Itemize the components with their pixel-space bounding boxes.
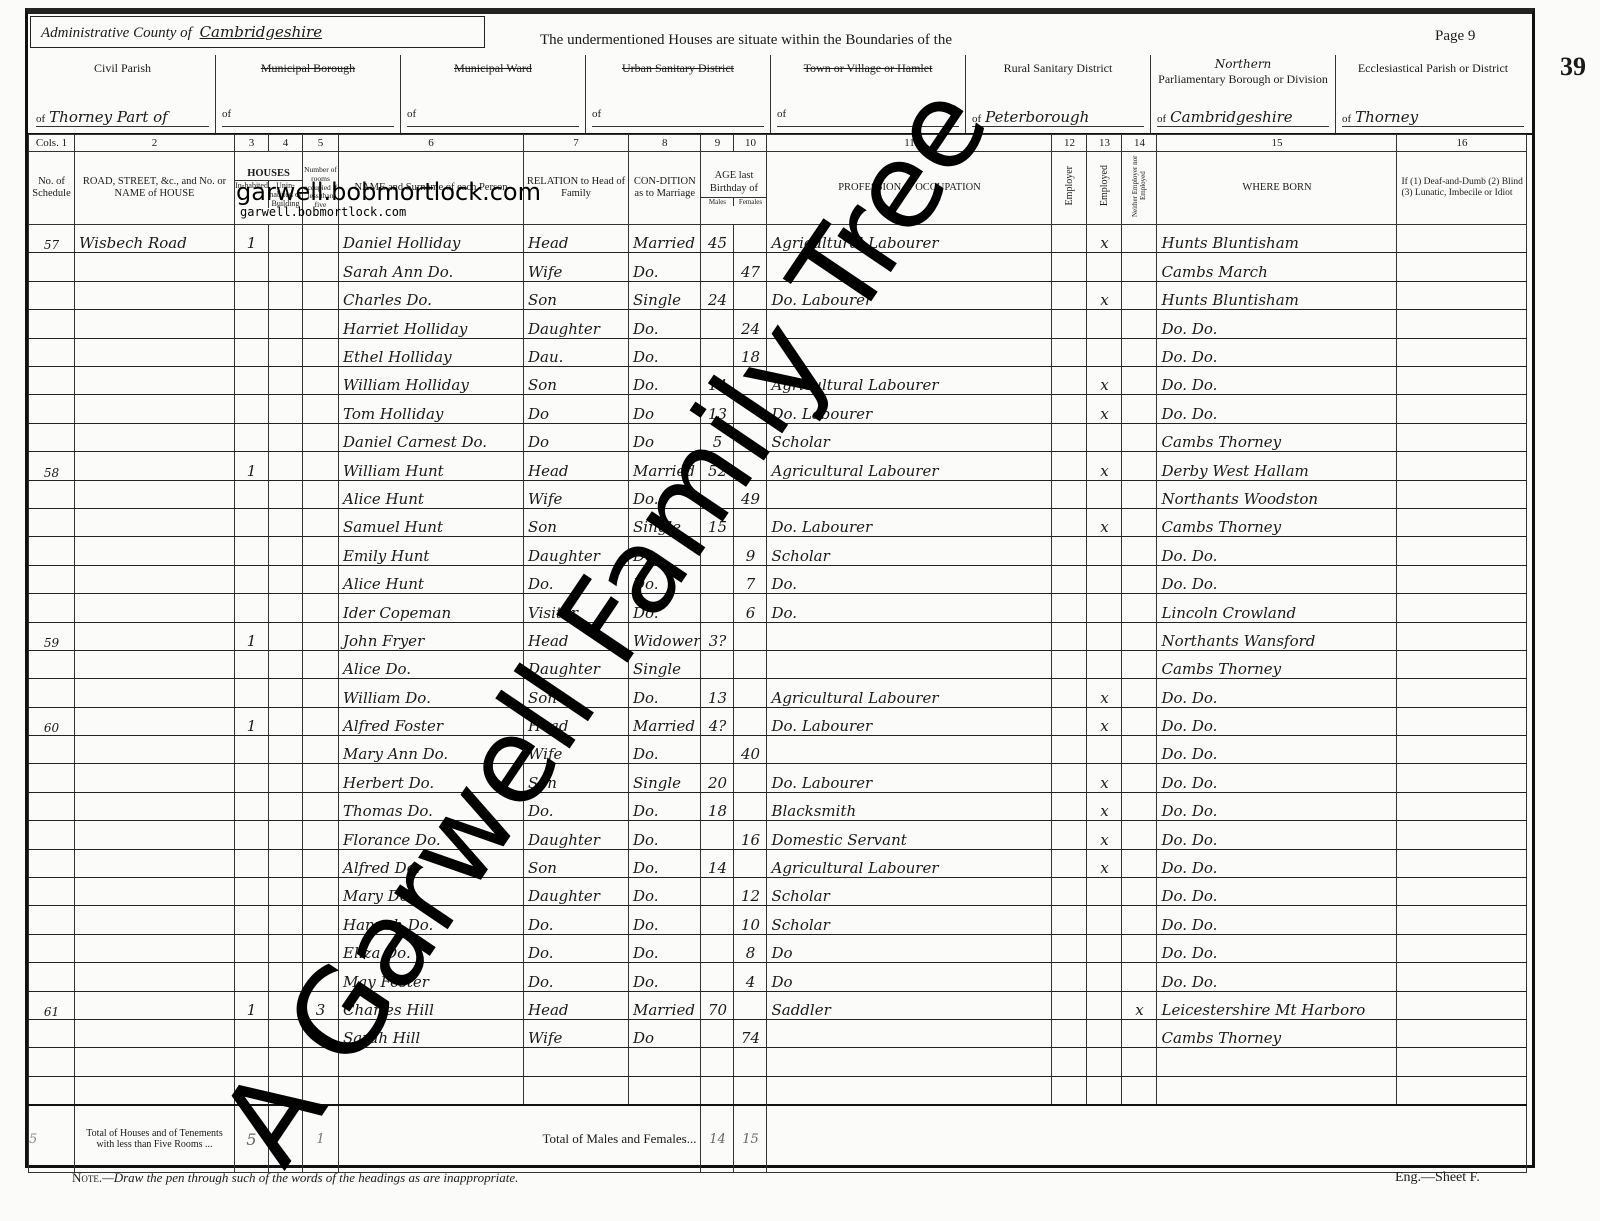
- female-age: 8: [734, 934, 767, 962]
- occupation: [767, 480, 1052, 508]
- schedule-number: [29, 650, 75, 678]
- occupation: Saddler: [767, 991, 1052, 1019]
- employed-mark: [1087, 878, 1122, 906]
- male-age: 18: [701, 792, 734, 820]
- employer-mark: [1052, 764, 1087, 792]
- neither-mark: [1122, 934, 1157, 962]
- road-name: [75, 764, 235, 792]
- where-born: Cambs March: [1157, 253, 1397, 281]
- parliamentary-value: Cambridgeshire: [1170, 108, 1293, 126]
- infirmity: [1397, 821, 1527, 849]
- neither-mark: [1122, 821, 1157, 849]
- occupation: Agricultural Labourer: [767, 452, 1052, 480]
- relation: Head: [524, 452, 629, 480]
- occupation: [767, 1020, 1052, 1048]
- where-born: Hunts Bluntisham: [1157, 225, 1397, 253]
- inhabited-count: [235, 849, 269, 877]
- neither-mark: [1122, 849, 1157, 877]
- where-born: Do. Do.: [1157, 338, 1397, 366]
- infirmity: [1397, 594, 1527, 622]
- where-born: Cambs Thorney: [1157, 1020, 1397, 1048]
- page-number: Page 9: [1435, 28, 1475, 45]
- table-row: Eliza Do.Do.Do.8DoDo. Do.: [29, 934, 1527, 962]
- road-name: [75, 537, 235, 565]
- male-age: 14: [701, 849, 734, 877]
- where-born: Do. Do.: [1157, 878, 1397, 906]
- inhabited-count: 1: [235, 452, 269, 480]
- header-employed: Employed: [1087, 152, 1122, 225]
- where-born: Do. Do.: [1157, 849, 1397, 877]
- employed-mark: x: [1087, 679, 1122, 707]
- rooms-count: [303, 594, 339, 622]
- division-civil-parish: Civil Parish ofThorney Part of: [30, 55, 215, 133]
- inhabited-count: [235, 338, 269, 366]
- condition: Do: [629, 1020, 701, 1048]
- where-born: Leicestershire Mt Harboro: [1157, 991, 1397, 1019]
- inhabited-count: [235, 423, 269, 451]
- occupation: Blacksmith: [767, 792, 1052, 820]
- table-row: Florance Do.DaughterDo.16Domestic Servan…: [29, 821, 1527, 849]
- schedule-number: [29, 792, 75, 820]
- female-age: 16: [734, 821, 767, 849]
- employer-mark: [1052, 1020, 1087, 1048]
- occupation: Scholar: [767, 878, 1052, 906]
- uninhabited-count: [269, 395, 303, 423]
- rooms-count: [303, 650, 339, 678]
- relation: Wife: [524, 1020, 629, 1048]
- road-name: [75, 650, 235, 678]
- neither-mark: [1122, 253, 1157, 281]
- person-name: William Holliday: [339, 367, 524, 395]
- employer-mark: [1052, 423, 1087, 451]
- condition: [629, 1048, 701, 1076]
- infirmity: [1397, 338, 1527, 366]
- condition: Single: [629, 764, 701, 792]
- neither-mark: [1122, 1048, 1157, 1076]
- division-urban-sanitary: Urban Sanitary District of: [585, 55, 770, 133]
- person-name: Ethel Holliday: [339, 338, 524, 366]
- employed-mark: [1087, 338, 1122, 366]
- sheet-label: Eng.—Sheet F.: [1395, 1170, 1480, 1186]
- condition: Do.: [629, 310, 701, 338]
- neither-mark: [1122, 281, 1157, 309]
- uninhabited-count: [269, 367, 303, 395]
- condition: Do.: [629, 878, 701, 906]
- schedule-number: 61: [29, 991, 75, 1019]
- inhabited-count: 1: [235, 622, 269, 650]
- header-condition: CON-DITION as to Marriage: [629, 152, 701, 225]
- infirmity: [1397, 565, 1527, 593]
- relation: Son: [524, 849, 629, 877]
- inhabited-count: [235, 821, 269, 849]
- rooms-count: [303, 480, 339, 508]
- header-where-born: WHERE BORN: [1157, 152, 1397, 225]
- employed-mark: x: [1087, 764, 1122, 792]
- employer-mark: [1052, 367, 1087, 395]
- infirmity: [1397, 679, 1527, 707]
- uninhabited-count: [269, 792, 303, 820]
- inhabited-count: [235, 594, 269, 622]
- uninhabited-count: [269, 764, 303, 792]
- females-total: 15: [734, 1105, 767, 1173]
- table-row: Alice HuntDo.Do.7Do.Do. Do.: [29, 565, 1527, 593]
- person-name: William Hunt: [339, 452, 524, 480]
- where-born: [1157, 1048, 1397, 1076]
- where-born: Hunts Bluntisham: [1157, 281, 1397, 309]
- employed-mark: [1087, 423, 1122, 451]
- male-age: [701, 934, 734, 962]
- relation: Wife: [524, 253, 629, 281]
- employed-mark: [1087, 537, 1122, 565]
- infirmity: [1397, 537, 1527, 565]
- schedule-number: [29, 423, 75, 451]
- table-row: Hannah Do.Do.Do.10ScholarDo. Do.: [29, 906, 1527, 934]
- neither-mark: [1122, 452, 1157, 480]
- inhabited-count: [235, 878, 269, 906]
- employed-mark: [1087, 480, 1122, 508]
- rooms-count: [303, 508, 339, 536]
- road-name: [75, 452, 235, 480]
- condition: Do.: [629, 934, 701, 962]
- neither-mark: [1122, 707, 1157, 735]
- infirmity: [1397, 395, 1527, 423]
- person-name: Alice Hunt: [339, 480, 524, 508]
- inhabited-count: [235, 906, 269, 934]
- rooms-count: [303, 622, 339, 650]
- division-parliamentary: NorthernParliamentary Borough or Divisio…: [1150, 55, 1335, 133]
- relation: Do.: [524, 906, 629, 934]
- road-name: [75, 679, 235, 707]
- road-name: [75, 906, 235, 934]
- schedule-number: [29, 821, 75, 849]
- uninhabited-count: [269, 878, 303, 906]
- rooms-count: [303, 310, 339, 338]
- table-row: Samuel HuntSonSingle15Do. LabourerxCambs…: [29, 508, 1527, 536]
- condition: Do.: [629, 338, 701, 366]
- relation: [524, 1076, 629, 1105]
- employer-mark: [1052, 906, 1087, 934]
- schedule-number: [29, 906, 75, 934]
- male-age: [701, 1020, 734, 1048]
- neither-mark: [1122, 310, 1157, 338]
- uninhabited-count: [269, 537, 303, 565]
- employed-mark: [1087, 253, 1122, 281]
- neither-mark: [1122, 594, 1157, 622]
- relation: [524, 1048, 629, 1076]
- occupation: Do.: [767, 565, 1052, 593]
- header-schedule: No. of Schedule: [29, 152, 75, 225]
- rooms-count: [303, 281, 339, 309]
- schedule-total: 5: [29, 1105, 75, 1173]
- condition: Single: [629, 281, 701, 309]
- where-born: Do. Do.: [1157, 367, 1397, 395]
- employed-mark: [1087, 963, 1122, 991]
- female-age: [734, 622, 767, 650]
- where-born: Do. Do.: [1157, 395, 1397, 423]
- schedule-number: [29, 395, 75, 423]
- division-rural-sanitary: Rural Sanitary District ofPeterborough: [965, 55, 1150, 133]
- neither-mark: [1122, 1076, 1157, 1105]
- uninhabited-count: [269, 707, 303, 735]
- schedule-number: [29, 253, 75, 281]
- employer-mark: [1052, 707, 1087, 735]
- folio-number: 39: [1560, 52, 1586, 82]
- infirmity: [1397, 934, 1527, 962]
- table-row: Ider CopemanVisitorDo.6Do.Lincoln Crowla…: [29, 594, 1527, 622]
- employer-mark: [1052, 338, 1087, 366]
- employer-mark: [1052, 650, 1087, 678]
- road-name: [75, 338, 235, 366]
- employed-mark: x: [1087, 508, 1122, 536]
- relation: Son: [524, 281, 629, 309]
- where-born: Do. Do.: [1157, 934, 1397, 962]
- header-age: AGE last Birthday of MalesFemales: [701, 152, 767, 225]
- infirmity: [1397, 963, 1527, 991]
- schedule-number: [29, 1076, 75, 1105]
- road-name: [75, 281, 235, 309]
- where-born: Do. Do.: [1157, 963, 1397, 991]
- employer-mark: [1052, 225, 1087, 253]
- male-age: 70: [701, 991, 734, 1019]
- schedule-number: [29, 537, 75, 565]
- where-born: Northants Wansford: [1157, 622, 1397, 650]
- infirmity: [1397, 849, 1527, 877]
- uninhabited-count: [269, 650, 303, 678]
- occupation: [767, 650, 1052, 678]
- male-age: 20: [701, 764, 734, 792]
- person-name: Alice Hunt: [339, 565, 524, 593]
- infirmity: [1397, 367, 1527, 395]
- rooms-count: [303, 338, 339, 366]
- header-road: ROAD, STREET, &c., and No. or NAME of HO…: [75, 152, 235, 225]
- neither-mark: [1122, 650, 1157, 678]
- female-age: [734, 225, 767, 253]
- relation: Daughter: [524, 310, 629, 338]
- employer-mark: [1052, 480, 1087, 508]
- schedule-number: [29, 679, 75, 707]
- rooms-count: [303, 225, 339, 253]
- male-age: [701, 906, 734, 934]
- road-name: [75, 395, 235, 423]
- road-name: [75, 253, 235, 281]
- neither-mark: [1122, 508, 1157, 536]
- relation: Do: [524, 423, 629, 451]
- occupation: [767, 736, 1052, 764]
- male-age: 3?: [701, 622, 734, 650]
- male-age: [701, 1048, 734, 1076]
- condition: Do.: [629, 906, 701, 934]
- schedule-number: [29, 310, 75, 338]
- schedule-number: [29, 963, 75, 991]
- neither-mark: x: [1122, 991, 1157, 1019]
- road-name: [75, 594, 235, 622]
- employer-mark: [1052, 508, 1087, 536]
- employer-mark: [1052, 1076, 1087, 1105]
- neither-mark: [1122, 764, 1157, 792]
- neither-mark: [1122, 622, 1157, 650]
- occupation: Do: [767, 963, 1052, 991]
- rooms-count: [303, 792, 339, 820]
- uninhabited-count: [269, 480, 303, 508]
- female-age: 7: [734, 565, 767, 593]
- condition: Do.: [629, 792, 701, 820]
- occupation: [767, 1076, 1052, 1105]
- occupation: Domestic Servant: [767, 821, 1052, 849]
- schedule-number: [29, 849, 75, 877]
- where-born: Do. Do.: [1157, 310, 1397, 338]
- table-row: Thomas Do.Do.Do.18BlacksmithxDo. Do.: [29, 792, 1527, 820]
- table-row: 601Alfred FosterHeadMarried4?Do. Laboure…: [29, 707, 1527, 735]
- boundaries-heading: The undermentioned Houses are situate wi…: [540, 32, 952, 49]
- female-age: [734, 650, 767, 678]
- employed-mark: [1087, 991, 1122, 1019]
- relation: Do.: [524, 934, 629, 962]
- rooms-count: [303, 452, 339, 480]
- schedule-number: 59: [29, 622, 75, 650]
- neither-mark: [1122, 537, 1157, 565]
- road-name: [75, 934, 235, 962]
- person-name: Charles Do.: [339, 281, 524, 309]
- occupation: Do. Labourer: [767, 764, 1052, 792]
- male-age: [701, 736, 734, 764]
- male-age: [701, 963, 734, 991]
- table-row: May FosterDo.Do.4DoDo. Do.: [29, 963, 1527, 991]
- occupation: Do. Labourer: [767, 707, 1052, 735]
- condition: Do.: [629, 736, 701, 764]
- watermark-url-small: garwell.bobmortlock.com: [240, 205, 406, 219]
- header-employer: Employer: [1052, 152, 1087, 225]
- infirmity: [1397, 423, 1527, 451]
- employer-mark: [1052, 736, 1087, 764]
- road-name: [75, 565, 235, 593]
- schedule-number: [29, 736, 75, 764]
- male-age: [701, 594, 734, 622]
- employer-mark: [1052, 452, 1087, 480]
- inhabited-count: [235, 736, 269, 764]
- inhabited-count: [235, 310, 269, 338]
- female-age: [734, 679, 767, 707]
- female-age: [734, 849, 767, 877]
- uninhabited-count: [269, 679, 303, 707]
- occupation: Do: [767, 934, 1052, 962]
- where-born: Do. Do.: [1157, 707, 1397, 735]
- employed-mark: x: [1087, 707, 1122, 735]
- rooms-count: [303, 423, 339, 451]
- employed-mark: [1087, 934, 1122, 962]
- column-number-row: Cols. 1 2 3 4 5 6 7 8 9 10 11 12 13 14 1…: [29, 135, 1527, 152]
- male-age: 4?: [701, 707, 734, 735]
- schedule-number: [29, 594, 75, 622]
- uninhabited-count: [269, 310, 303, 338]
- condition: Married: [629, 225, 701, 253]
- table-row: Mary Do.DaughterDo.12ScholarDo. Do.: [29, 878, 1527, 906]
- occupation: Agricultural Labourer: [767, 849, 1052, 877]
- schedule-number: [29, 281, 75, 309]
- employer-mark: [1052, 878, 1087, 906]
- inhabited-count: [235, 480, 269, 508]
- female-age: [734, 764, 767, 792]
- infirmity: [1397, 991, 1527, 1019]
- infirmity: [1397, 878, 1527, 906]
- employed-mark: x: [1087, 792, 1122, 820]
- rooms-count: [303, 679, 339, 707]
- table-row: Mary Ann Do.WifeDo.40Do. Do.: [29, 736, 1527, 764]
- relation: Head: [524, 991, 629, 1019]
- employer-mark: [1052, 253, 1087, 281]
- census-page: Administrative County of Cambridgeshire …: [0, 0, 1600, 1221]
- female-age: [734, 1076, 767, 1105]
- road-name: [75, 963, 235, 991]
- condition: Do.: [629, 253, 701, 281]
- schedule-number: [29, 565, 75, 593]
- occupation: Do. Labourer: [767, 508, 1052, 536]
- employed-mark: [1087, 310, 1122, 338]
- inhabited-count: [235, 253, 269, 281]
- neither-mark: [1122, 679, 1157, 707]
- employer-mark: [1052, 565, 1087, 593]
- uninhabited-count: [269, 225, 303, 253]
- employer-mark: [1052, 821, 1087, 849]
- neither-mark: [1122, 367, 1157, 395]
- employer-mark: [1052, 679, 1087, 707]
- where-born: Do. Do.: [1157, 537, 1397, 565]
- road-name: [75, 707, 235, 735]
- road-name: Wisbech Road: [75, 225, 235, 253]
- civil-parish-value: Thorney Part of: [49, 108, 168, 126]
- inhabited-count: [235, 367, 269, 395]
- neither-mark: [1122, 565, 1157, 593]
- person-name: Emily Hunt: [339, 537, 524, 565]
- relation: Head: [524, 225, 629, 253]
- where-born: Do. Do.: [1157, 764, 1397, 792]
- schedule-number: [29, 338, 75, 366]
- female-age: 4: [734, 963, 767, 991]
- schedule-number: 58: [29, 452, 75, 480]
- employed-mark: x: [1087, 281, 1122, 309]
- male-age: [701, 1076, 734, 1105]
- employed-mark: [1087, 1020, 1122, 1048]
- admin-county-box: Administrative County of Cambridgeshire: [30, 16, 485, 48]
- rooms-count: [303, 253, 339, 281]
- infirmity: [1397, 281, 1527, 309]
- where-born: Do. Do.: [1157, 821, 1397, 849]
- road-name: [75, 480, 235, 508]
- inhabited-count: [235, 679, 269, 707]
- where-born: Cambs Thorney: [1157, 650, 1397, 678]
- inhabited-count: [235, 281, 269, 309]
- employer-mark: [1052, 281, 1087, 309]
- neither-mark: [1122, 1020, 1157, 1048]
- person-name: Daniel Holliday: [339, 225, 524, 253]
- admin-county-label: Administrative County of: [41, 25, 192, 41]
- uninhabited-count: [269, 565, 303, 593]
- where-born: Cambs Thorney: [1157, 508, 1397, 536]
- infirmity: [1397, 707, 1527, 735]
- female-age: 74: [734, 1020, 767, 1048]
- schedule-number: [29, 1048, 75, 1076]
- relation: Son: [524, 367, 629, 395]
- table-row: 6113Charles HillHeadMarried70SaddlerxLei…: [29, 991, 1527, 1019]
- uninhabited-count: [269, 622, 303, 650]
- header-neither: Neither Employer nor Employed: [1122, 152, 1157, 225]
- inhabited-count: [235, 792, 269, 820]
- table-row: Alfred Do.SonDo.14Agricultural Labourerx…: [29, 849, 1527, 877]
- female-age: 10: [734, 906, 767, 934]
- person-name: Tom Holliday: [339, 395, 524, 423]
- road-name: [75, 821, 235, 849]
- rooms-count: [303, 565, 339, 593]
- infirmity: [1397, 792, 1527, 820]
